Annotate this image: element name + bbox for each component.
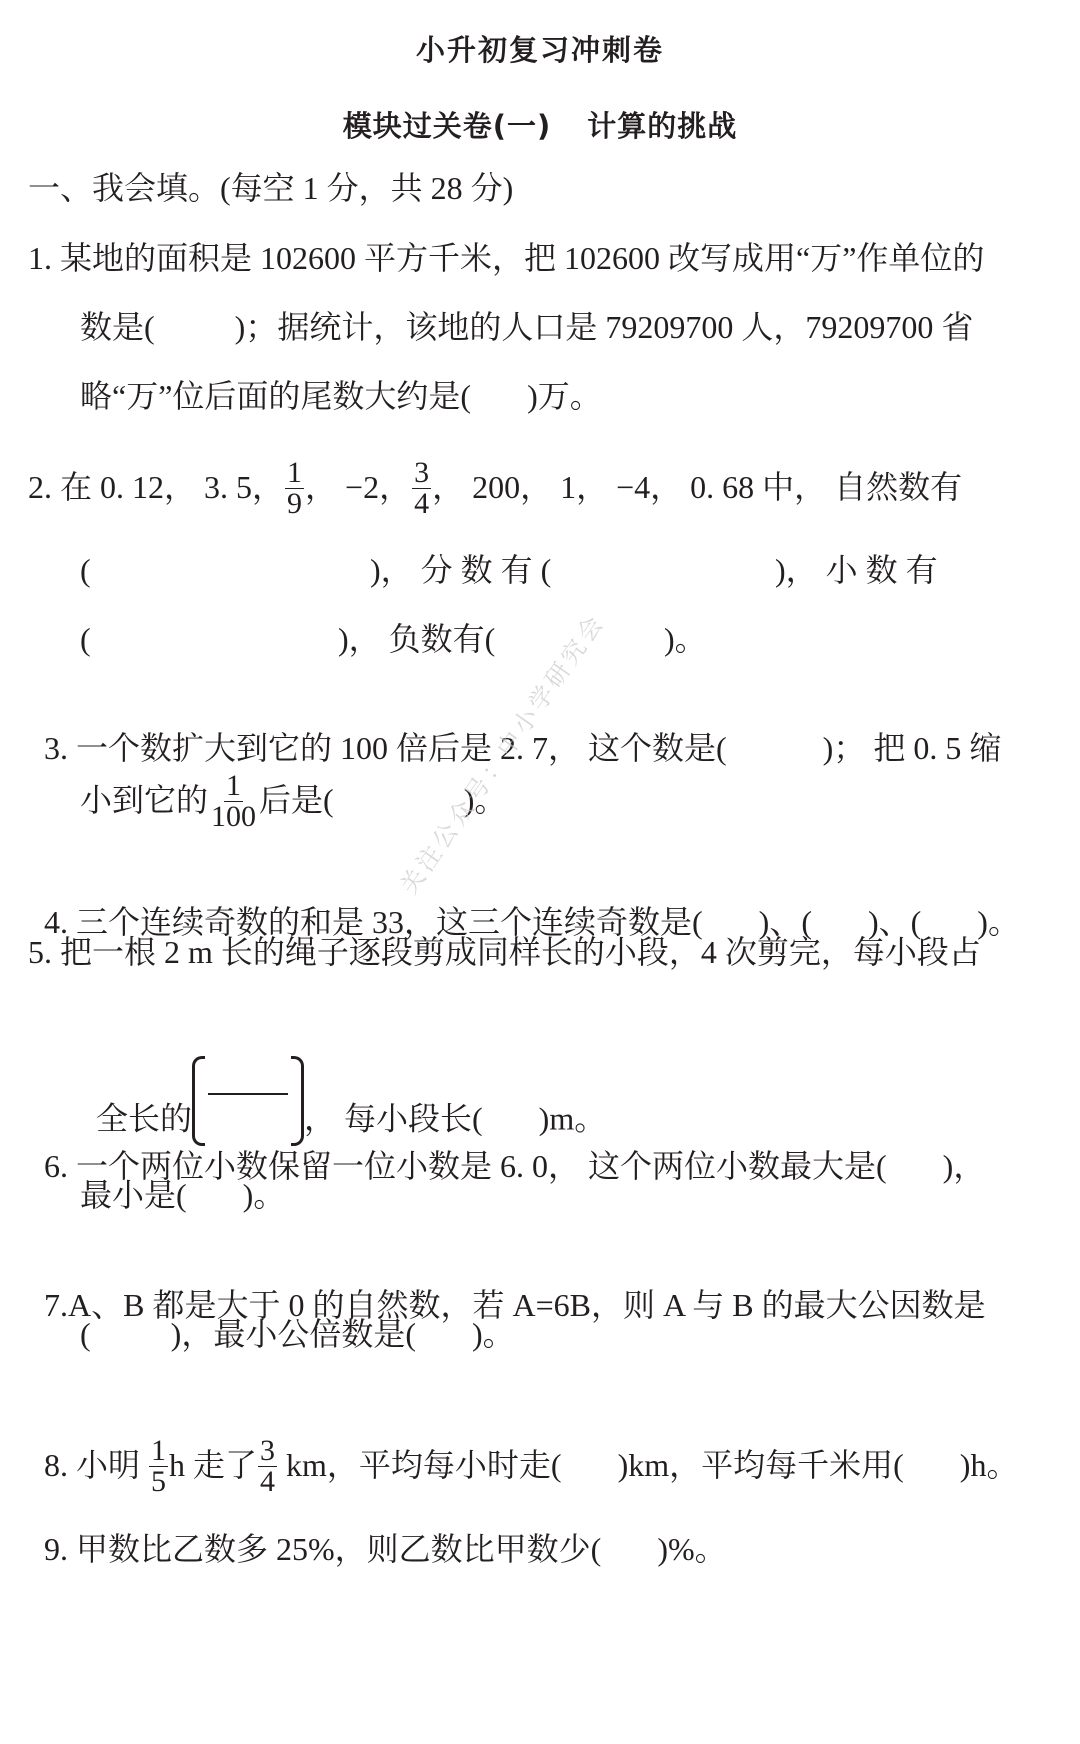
question-2-line-1: 2. 在 0. 12， 3. 5，19， −2，34， 200， 1， −4， … — [28, 460, 962, 521]
question-number: 1. — [28, 240, 52, 276]
question-7-line-2: ( )，最小公倍数是( )。 — [80, 1314, 515, 1354]
fraction-1-5: 15 — [149, 1436, 168, 1497]
denominator: 100 — [209, 802, 258, 832]
question-1-line-3: 略“万”位后面的尾数大约是( )万。 — [80, 376, 602, 416]
fraction-1-9: 19 — [285, 458, 304, 519]
answer-blank-negative-label: )， 负数有( — [338, 619, 495, 659]
fraction-3-4: 34 — [412, 458, 431, 519]
question-6-line-2: 最小是( )。 — [80, 1175, 285, 1215]
question-text: 在 0. 12， 3. 5， — [60, 469, 284, 505]
numerator: 1 — [149, 1436, 168, 1467]
answer-blank-decimal-label: )， 小 数 有 — [775, 550, 938, 590]
question-1-line-2: 数是( )；据统计，该地的人口是 79209700 人，79209700 省 — [80, 307, 973, 347]
question-text: ， 200， 1， −4， 0. 68 中， 自然数有 — [432, 469, 962, 505]
answer-blank-close: )。 — [664, 619, 707, 659]
question-number: 5. — [28, 934, 52, 970]
answer-blank-natural-open: ( — [80, 550, 91, 590]
denominator: 9 — [285, 489, 304, 519]
question-text: 把一根 2 m 长的绳子逐段剪成同样长的小段，4 次剪完，每小段占 — [60, 934, 981, 970]
question-7-line-1: 7.A、B 都是大于 0 的自然数，若 A=6B，则 A 与 B 的最大公因数是 — [28, 1245, 986, 1325]
fraction-bar — [208, 1093, 288, 1095]
question-number: 9. — [44, 1531, 68, 1567]
question-text: 一个数扩大到它的 100 倍后是 2. 7， 这个数是( )； 把 0. 5 缩 — [76, 730, 1001, 766]
question-text: 后是( — [259, 782, 334, 818]
question-2-line-2: ( )， 分 数 有 ( )， 小 数 有 — [80, 550, 948, 590]
numerator: 1 — [285, 458, 304, 489]
question-text: ， −2， — [305, 469, 411, 505]
exam-series-title: 小升初复习冲刺卷 — [0, 28, 1080, 69]
question-text: 某地的面积是 102600 平方千米，把 102600 改写成用“万”作单位的 — [60, 240, 984, 276]
answer-blank-open: ( — [80, 621, 91, 657]
question-number: 3. — [44, 730, 68, 766]
question-number: 8. — [44, 1447, 68, 1483]
question-text: 小明 — [76, 1447, 140, 1483]
question-9-line-1: 9. 甲数比乙数多 25%，则乙数比甲数少( )%。 — [28, 1489, 727, 1569]
question-text: km，平均每小时走( )km，平均每千米用( )h。 — [278, 1447, 1018, 1483]
question-1-line-1: 1. 某地的面积是 102600 平方千米，把 102600 改写成用“万”作单… — [28, 238, 984, 278]
question-text: h 走了 — [169, 1447, 257, 1483]
module-topic: 计算的挑战 — [587, 109, 737, 143]
denominator: 4 — [412, 489, 431, 519]
section-heading: 一、我会填。(每空 1 分，共 28 分) — [28, 168, 513, 208]
answer-blank-fraction-label: )， 分 数 有 ( — [370, 550, 551, 590]
numerator: 1 — [224, 771, 243, 802]
question-6-line-1: 6. 一个两位小数保留一位小数是 6. 0， 这个两位小数最大是( )， — [28, 1106, 985, 1186]
module-name: 模块过关卷(一) — [343, 109, 552, 143]
question-number: 2. — [28, 469, 52, 505]
question-number: 7. — [44, 1287, 68, 1323]
numerator: 3 — [258, 1436, 277, 1467]
question-4-line-1: 4. 三个连续奇数的和是 33，这三个连续奇数是( )、( )、( )。 — [28, 862, 1020, 942]
question-8-line-1: 8. 小明 15h 走了34 km，平均每小时走( )km，平均每千米用( )h… — [28, 1398, 1018, 1499]
question-5-line-1: 5. 把一根 2 m 长的绳子逐段剪成同样长的小段，4 次剪完，每小段占 — [28, 932, 981, 972]
question-2-line-3: ( )， 负数有( )。 — [80, 619, 91, 659]
numerator: 3 — [412, 458, 431, 489]
fraction-1-100: 1100 — [209, 771, 258, 832]
question-number: 6. — [44, 1148, 68, 1184]
question-text: 小到它的 — [80, 782, 208, 818]
question-text: 甲数比乙数多 25%，则乙数比甲数少( )%。 — [76, 1531, 727, 1567]
exam-module-title: 模块过关卷(一)计算的挑战 — [0, 104, 1080, 145]
fraction-3-4: 34 — [258, 1436, 277, 1497]
